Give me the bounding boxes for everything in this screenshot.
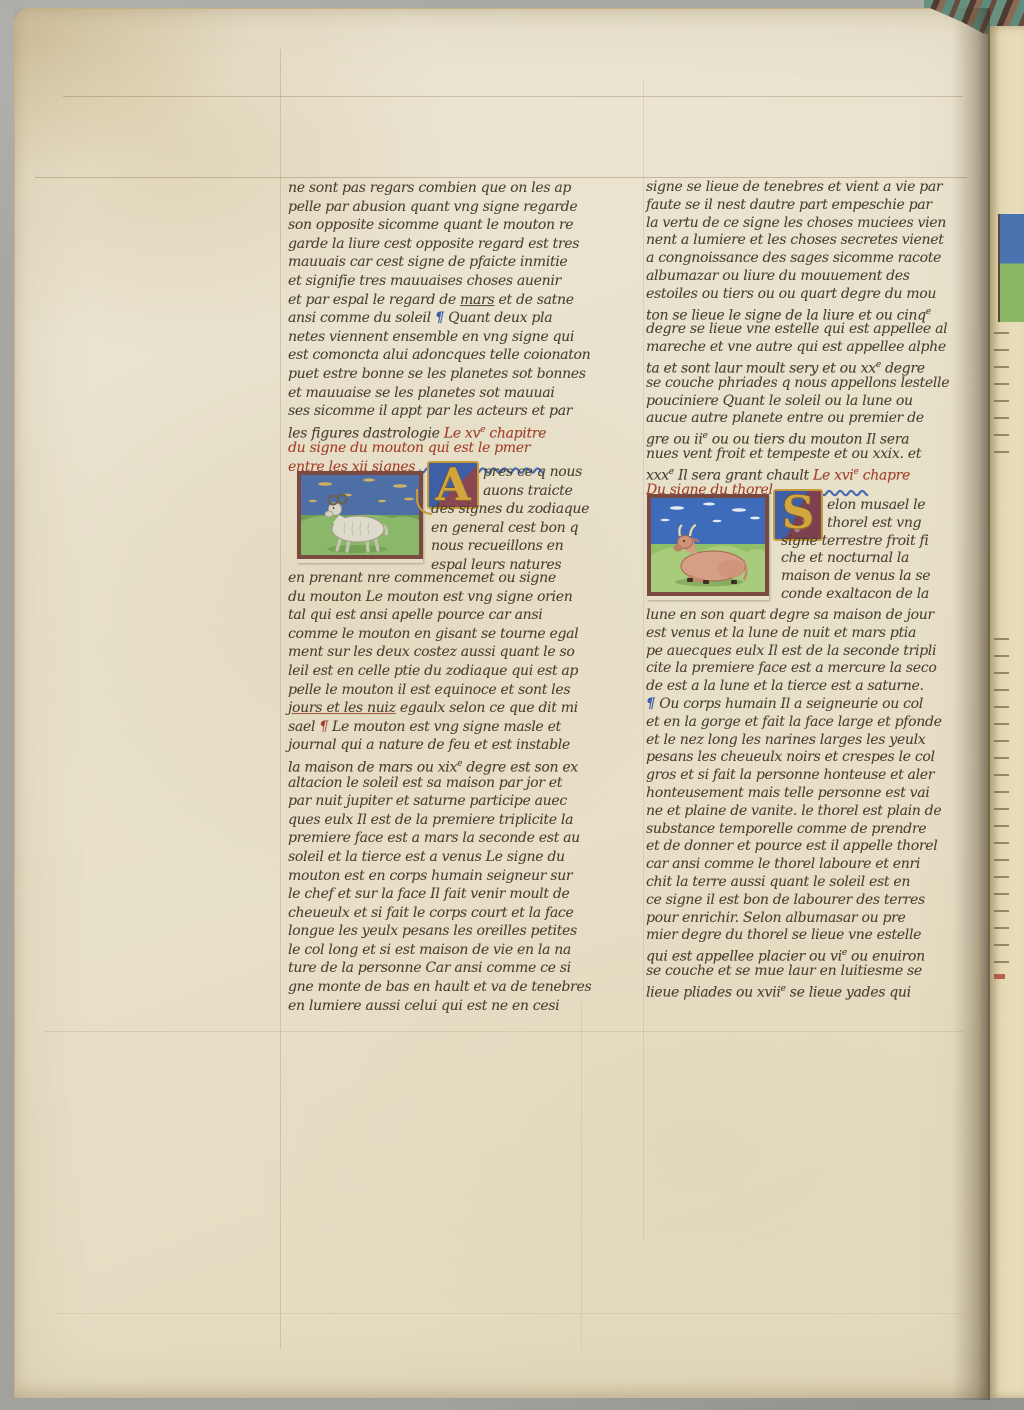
text-line: comme le mouton en gisant se tourne egal	[288, 625, 628, 644]
text-line: pouciniere Quant le soleil ou la lune ou	[646, 393, 984, 411]
text-line: et mauuaise se les planetes sot mauuai	[288, 384, 628, 403]
text-line: de est a la lune et la tierce est a satu…	[646, 678, 984, 696]
left-column-text: ne sont pas regars combien que on les ap…	[288, 179, 628, 477]
text-line: les figures dastrologie Le xve chapitre	[288, 421, 628, 440]
text-line: degre se lieue vne estelle qui est appel…	[646, 321, 984, 339]
text-line: ment sur les deux costez aussi quant le …	[288, 643, 628, 662]
text-line: ansi comme du soleil ¶ Quant deux pla	[288, 309, 628, 328]
text-line: car ansi comme le thorel laboure et enri	[646, 856, 984, 874]
text-line: tal qui est ansi apelle pource car ansi	[288, 606, 628, 625]
text-line: des signes du zodiaque	[431, 500, 628, 519]
text-line: du signe du mouton qui est le pmer	[288, 439, 628, 458]
right-column-text-wrap: elon musael lethorel est vngsigne terres…	[646, 497, 984, 604]
text-line: ton se lieue le signe de la liure et ou …	[646, 304, 984, 322]
text-line: sael ¶ Le mouton est vng signe masle et	[288, 718, 628, 737]
text-line: signe terrestre froit fi	[781, 533, 984, 551]
text-line: ta et sont laur moult sery et ou xxe deg…	[646, 357, 984, 375]
text-line: par nuit jupiter et saturne participe au…	[288, 792, 628, 811]
text-line: altacion le soleil est sa maison par jor…	[288, 774, 628, 793]
text-line: xxxe Il sera grant chault Le xvie chapre	[646, 464, 984, 482]
text-line: et par espal le regard de mars et de sat…	[288, 291, 628, 310]
left-column-text: en prenant nre commencemet ou signedu mo…	[288, 569, 628, 1015]
text-line: nent a lumiere et les choses secretes vi…	[646, 232, 984, 250]
text-line: maison de venus la se	[781, 568, 984, 586]
text-line: conde exaltacon de la	[781, 586, 984, 604]
adjacent-rubric-fragment	[994, 974, 1005, 979]
text-line: est venus et la lune de nuit et mars pti…	[646, 625, 984, 643]
text-line: ¶ Ou corps humain Il a seigneurie ou col	[646, 696, 984, 714]
ruling-line	[45, 1031, 963, 1032]
adjacent-page-edge	[988, 26, 1024, 1398]
text-line: signe se lieue de tenebres et vient a vi…	[646, 179, 984, 197]
right-column-text: lune en son quart degre sa maison de jou…	[646, 607, 984, 999]
adjacent-text-fragments	[994, 332, 1009, 454]
adjacent-miniature-sliver	[998, 214, 1024, 322]
text-line: honteusement mais telle personne est vai	[646, 785, 984, 803]
text-line: se couche phriades q nous appellons lest…	[646, 375, 984, 393]
text-line: aucue autre planete entre ou premier de	[646, 410, 984, 428]
text-line: garde la liure cest opposite regard est …	[288, 235, 628, 254]
ruling-line	[581, 999, 582, 1349]
text-line: ques eulx Il est de la premiere triplici…	[288, 811, 628, 830]
text-line: pelle par abusion quant vng signe regard…	[288, 198, 628, 217]
text-line: cite la premiere face est a mercure la s…	[646, 660, 984, 678]
text-line: gne monte de bas en hault et va de teneb…	[288, 978, 628, 997]
text-line: la vertu de ce signe les choses muciees …	[646, 215, 984, 233]
text-line: puet estre bonne se les planetes sot bon…	[288, 365, 628, 384]
text-line: thorel est vng	[827, 515, 984, 533]
text-line: auons traicte	[483, 482, 628, 501]
text-line: nues vent froit et tempeste et ou xxix. …	[646, 446, 984, 464]
text-line: albumazar ou liure du mouuement des	[646, 268, 984, 286]
text-line: estoiles ou tiers ou ou quart degre du m…	[646, 286, 984, 304]
text-line: ses sicomme il appt par les acteurs et p…	[288, 402, 628, 421]
text-line: le col long et si est maison de vie en l…	[288, 941, 628, 960]
text-line: mareche et vne autre qui est appellee al…	[646, 339, 984, 357]
text-line: est comoncta alui adoncques telle coiona…	[288, 346, 628, 365]
text-line: soleil et la tierce est a venus Le signe…	[288, 848, 628, 867]
text-line: ce signe il est bon de labourer des terr…	[646, 892, 984, 910]
text-line: elon musael le	[827, 497, 984, 515]
text-line: et signifie tres mauuaises choses auenir	[288, 272, 628, 291]
text-line: et le nez long les narines larges les ye…	[646, 732, 984, 750]
text-line: journal qui a nature de feu et est insta…	[288, 736, 628, 755]
adjacent-text-fragments	[994, 638, 1009, 978]
text-line: longue les yeulx pesans les oreilles pet…	[288, 922, 628, 941]
text-line: cheueulx et si fait le corps court et la…	[288, 904, 628, 923]
text-line: jours et les nuiz egaulx selon ce que di…	[288, 699, 628, 718]
text-line: a congnoissance des sages sicomme racote	[646, 250, 984, 268]
text-line: lieue pliades ou xviie se lieue yades qu…	[646, 981, 984, 999]
text-line: pour enrichir. Selon albumasar ou pre	[646, 910, 984, 928]
ruling-line	[643, 79, 644, 1239]
text-line: en lumiere aussi celui qui est ne en ces…	[288, 997, 628, 1016]
text-line: ne sont pas regars combien que on les ap	[288, 179, 628, 198]
text-line: gros et si fait la personne honteuse et …	[646, 767, 984, 785]
text-line: la maison de mars ou xixe degre est son …	[288, 755, 628, 774]
text-line: et de donner et pource est il appelle th…	[646, 838, 984, 856]
text-line: du mouton Le mouton est vng signe orien	[288, 588, 628, 607]
left-column-text-wrap: pres ce q nousauons traictedes signes du…	[288, 463, 628, 575]
text-line: premiere face est a mars la seconde est …	[288, 829, 628, 848]
text-line: le chef et sur la face Il fait venir mou…	[288, 885, 628, 904]
text-line: substance temporelle comme de prendre	[646, 821, 984, 839]
text-line: ne et plaine de vanite. le thorel est pl…	[646, 803, 984, 821]
text-line: lune en son quart degre sa maison de jou…	[646, 607, 984, 625]
ruling-line	[63, 96, 963, 97]
text-line: pe auecques eulx Il est de la seconde tr…	[646, 643, 984, 661]
text-line: faute se il nest dautre part empeschie p…	[646, 197, 984, 215]
text-line: se couche et se mue laur en luitiesme se	[646, 963, 984, 981]
text-line: leil est en celle ptie du zodiaque qui e…	[288, 662, 628, 681]
text-line: netes viennent ensemble en vng signe qui	[288, 328, 628, 347]
text-line: son opposite sicomme quant le mouton re	[288, 216, 628, 235]
right-column-text: signe se lieue de tenebres et vient a vi…	[646, 179, 984, 499]
text-line: mier degre du thorel se lieue vne estell…	[646, 927, 984, 945]
text-line: chit la terre aussi quant le soleil est …	[646, 874, 984, 892]
ruling-line	[55, 1313, 963, 1314]
text-line: mouton est en corps humain seigneur sur	[288, 867, 628, 886]
text-line: mauuais car cest signe de pfaicte inmiti…	[288, 253, 628, 272]
text-line: en general cest bon q	[431, 519, 628, 538]
ruling-line	[35, 177, 967, 178]
text-line: che et nocturnal la	[781, 550, 984, 568]
text-line: ture de la personne Car ansi comme ce si	[288, 959, 628, 978]
text-line: pres ce q nous	[483, 463, 628, 482]
text-line: nous recueillons en	[431, 537, 628, 556]
text-line: pelle le mouton il est equinoce et sont …	[288, 681, 628, 700]
text-line: pesans les cheueulx noirs et crespes le …	[646, 749, 984, 767]
text-line: gre ou iie ou ou tiers du mouton Il sera	[646, 428, 984, 446]
scan-background: ne sont pas regars combien que on les ap…	[0, 0, 1024, 1410]
text-line: et en la gorge et fait la face large et …	[646, 714, 984, 732]
ruling-line	[280, 49, 281, 1349]
text-line: qui est appellee placier ou vie ou enuir…	[646, 945, 984, 963]
text-line: en prenant nre commencemet ou signe	[288, 569, 628, 588]
manuscript-page: ne sont pas regars combien que on les ap…	[14, 8, 990, 1400]
